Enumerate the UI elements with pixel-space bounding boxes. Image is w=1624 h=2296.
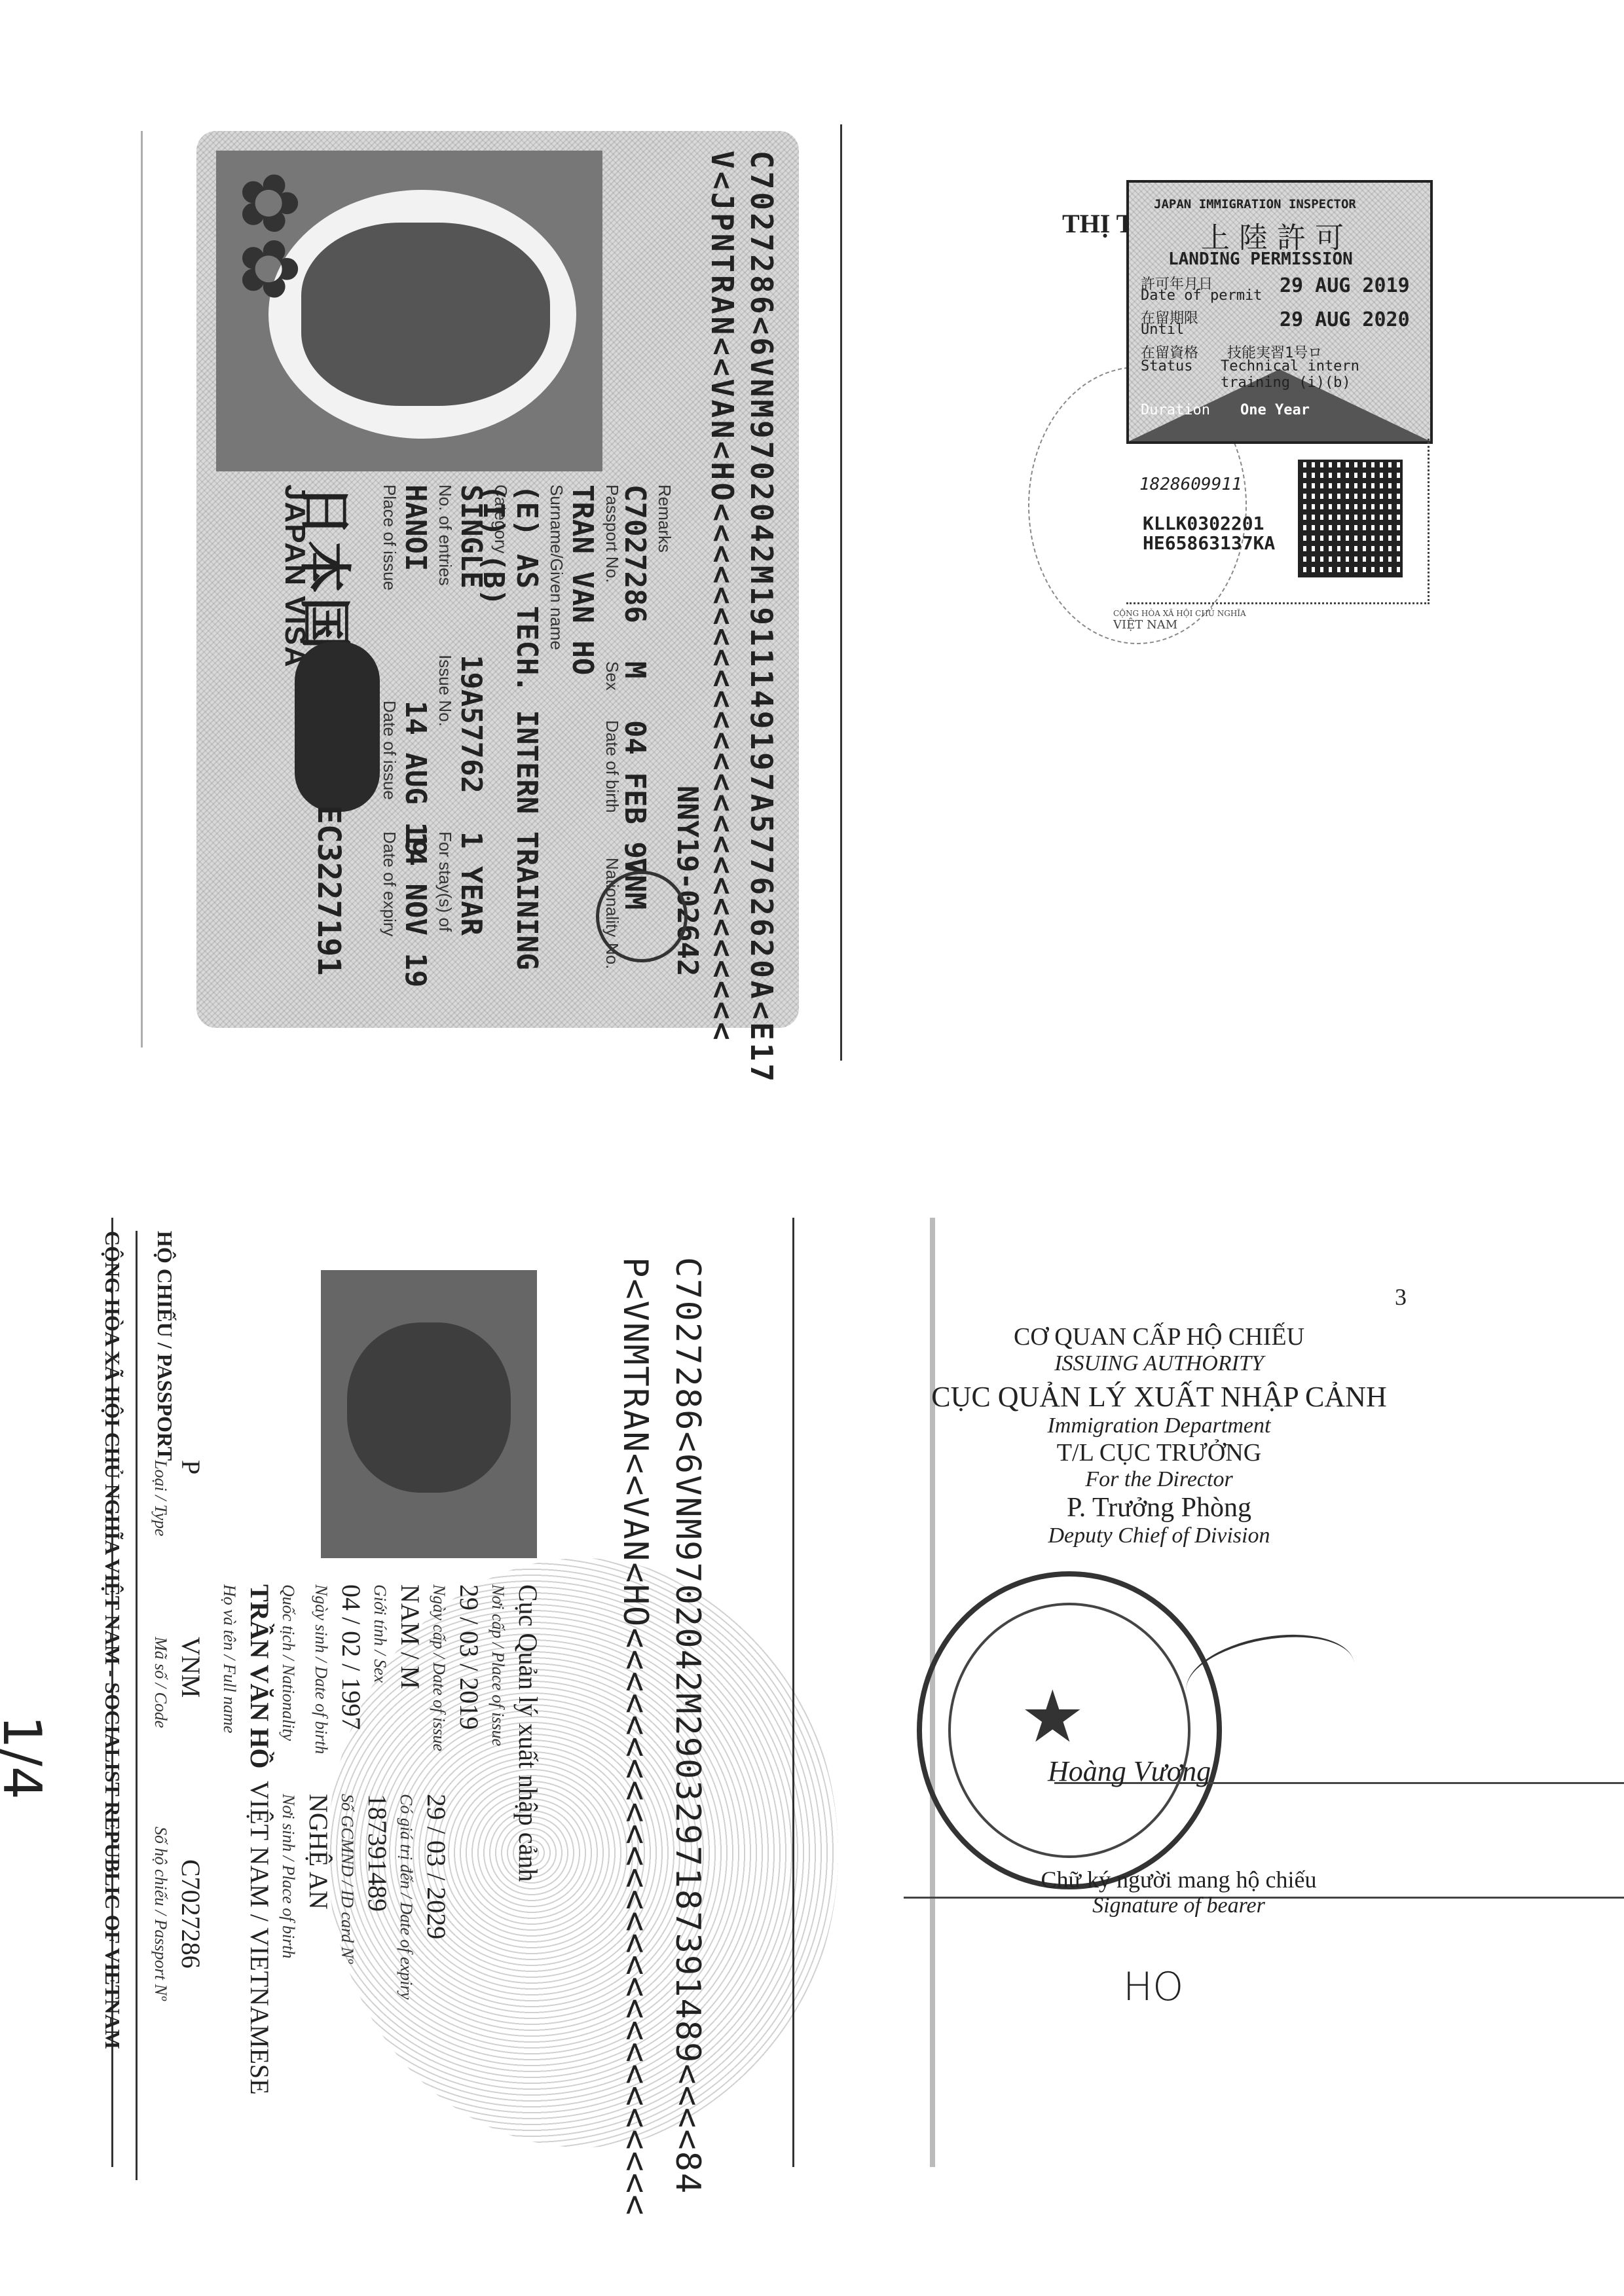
landing-permission-stamp: JAPAN IMMIGRATION INSPECTOR 上陸許可 LANDING… [1126, 180, 1433, 444]
label-nationality: Quốc tịch / Nationality [278, 1584, 298, 1741]
value-place-of-birth: NGHỆ AN [303, 1794, 334, 1910]
visa-mrz-line-2: C7027286<6VNM9702042M1911149197A57762620… [744, 151, 779, 1084]
value-dob: 04 / 02 / 1997 [336, 1584, 367, 1730]
country-header: CỘNG HÒA XÃ HỘI CHỦ NGHĨA VIỆT NAM - SOC… [100, 1231, 124, 2049]
label-code: Mã số / Code [151, 1637, 170, 1728]
label-passport-no: Số hộ chiếu / Passport Nº [151, 1827, 170, 2001]
stamp-header: JAPAN IMMIGRATION INSPECTOR [1154, 197, 1356, 211]
label-date-of-issue: Ngày cấp / Date of issue [429, 1584, 449, 1751]
landing-permission-stub: 1828609911 KLLK0302201 HE65863137KA [1126, 439, 1430, 604]
value-dob: 04 FEB 97 [618, 720, 652, 876]
bearer-label-vi: Chữ ký người mang hộ chiếu [950, 1866, 1408, 1893]
vietnam-seal-line-2: VIỆT NAM [1113, 618, 1246, 632]
stamp-code-2: HE65863137KA [1143, 534, 1275, 553]
value-status: Technical intern training (i)(b) [1221, 358, 1365, 391]
value-no: NNY19-02642 [671, 786, 704, 976]
passport-doc-title: HỘ CHIẾU / PASSPORT [153, 1231, 177, 1461]
value-duration: One Year [1240, 402, 1310, 418]
visa-serial: EC3227191 [310, 805, 347, 975]
label-until: Until [1141, 321, 1184, 338]
handwritten-note: 1/4 [0, 1715, 52, 1800]
label-type: Loại / Type [151, 1460, 170, 1537]
label-full-name: Họ và tên / Full name [219, 1584, 239, 1733]
authority-line-7: P. Trưởng Phòng [930, 1492, 1388, 1523]
label-duration: Duration [1141, 402, 1210, 418]
value-place-of-issue: Cục Quản lý xuất nhập cảnh [513, 1584, 544, 1882]
value-expiry: 29 / 03 / 2029 [421, 1794, 452, 1939]
visa-mrz-line-1: V<JPNTRAN<<VAN<HO<<<<<<<<<<<<<<<<<<<<<<<… [705, 151, 740, 1043]
label-stay: For stay(s) of [435, 831, 455, 932]
passport-holder-photo [347, 1322, 511, 1493]
stamp-code: KLLK0302201 HE65863137KA [1143, 514, 1275, 553]
value-name: TRAN VAN HO [566, 484, 599, 675]
scan-edge-line [840, 124, 842, 1061]
value-date-of-issue: 29 / 03 / 2019 [454, 1584, 485, 1730]
label-date-of-expiry: Date of expiry [379, 831, 399, 936]
label-name: Surname/Given name [546, 484, 566, 650]
header-rule [136, 1231, 138, 2180]
value-until: 29 AUG 2020 [1280, 308, 1410, 331]
value-sex: M [618, 661, 652, 679]
stamp-number: 1828609911 [1139, 475, 1242, 494]
value-sex: NAM / M [395, 1584, 426, 1689]
authority-line-8: Deputy Chief of Division [930, 1523, 1388, 1548]
visa-title: JAPAN VISA [278, 484, 311, 668]
label-expiry: Có giá trị đến / Date of expiry [396, 1794, 416, 1999]
value-code: VNM [175, 1637, 206, 1698]
passport-mrz-line-2: C7027286<6VNM9702042M2903297187391489<<<… [668, 1257, 707, 2195]
authority-line-6: For the Director [930, 1467, 1388, 1492]
bearer-label-en: Signature of bearer [950, 1893, 1408, 1918]
value-date-of-permit: 29 AUG 2019 [1280, 274, 1410, 297]
value-nationality: VIỆT NAM / VIETNAMESE [244, 1781, 275, 2095]
authority-line-2: ISSUING AUTHORITY [930, 1351, 1388, 1376]
value-passport-no: C7027286 [618, 484, 652, 623]
value-id: 187391489 [362, 1794, 393, 1912]
vietnam-seal-line-1: CỘNG HÒA XÃ HỘI CHỦ NGHĨA [1113, 609, 1246, 618]
label-issue-no: Issue No. [435, 655, 455, 727]
authority-line-1: CƠ QUAN CẤP HỘ CHIẾU [930, 1322, 1388, 1351]
bearer-signature-block: Chữ ký người mang hộ chiếu Signature of … [950, 1866, 1408, 1918]
overlapped-text: THỊ T [1062, 208, 1134, 239]
value-category: (E) AS TECH. INTERN TRAINING (I) (B) [477, 484, 544, 1028]
label-dob: Ngày sinh / Date of birth [311, 1584, 331, 1754]
passport-data-page: CỘNG HÒA XÃ HỘI CHỦ NGHĨA VIỆT NAM - SOC… [98, 1218, 851, 2174]
authority-line-3: CỤC QUẢN LÝ XUẤT NHẬP CẢNH [930, 1380, 1388, 1413]
label-status: Status [1141, 358, 1192, 374]
value-place-of-issue: HANOI [399, 484, 432, 571]
label-date-of-issue: Date of issue [379, 701, 399, 800]
label-id: Số GCMND / ID card Nº [337, 1794, 357, 1963]
stamp-code-1: KLLK0302201 [1143, 514, 1275, 534]
qr-code [1298, 460, 1403, 577]
japan-visa-page: ✿✿ 日本国査証 JAPAN VISA EC3227191 Place of i… [196, 131, 799, 1028]
stamp-title: LANDING PERMISSION [1168, 249, 1353, 269]
label-sex: Giới tính / Sex [370, 1584, 390, 1683]
label-place-of-issue: Place of issue [379, 484, 399, 591]
value-date-of-expiry: 14 NOV 19 [399, 831, 432, 987]
value-passport-no: C7027286 [175, 1859, 206, 1969]
value-type: P [175, 1460, 206, 1474]
label-entries: No. of entries [435, 484, 455, 586]
value-full-name: TRẦN VĂN HỒ [244, 1584, 275, 1769]
label-place-of-birth: Nơi sinh / Place of birth [278, 1794, 298, 1958]
label-remarks: Remarks [654, 484, 674, 553]
passport-mrz-line-1: P<VNMTRAN<<VAN<HO<<<<<<<<<<<<<<<<<<<<<<<… [616, 1257, 655, 2217]
cherry-blossom-icon: ✿✿ [223, 170, 314, 302]
redaction-blot [295, 642, 380, 812]
authority-line-5: T/L CỤC TRƯỞNG [930, 1438, 1388, 1467]
page-number: 3 [1395, 1283, 1407, 1311]
label-date-of-permit: Date of permit [1141, 287, 1262, 304]
visa-holder-photo [301, 223, 550, 406]
vietnam-seal-text: CỘNG HÒA XÃ HỘI CHỦ NGHĨA VIỆT NAM [1113, 609, 1246, 632]
star-icon: ★ [1020, 1675, 1085, 1758]
official-seal: ★ [917, 1571, 1222, 1889]
mofa-seal [596, 871, 688, 962]
signer-name: Hoàng Vương [1048, 1755, 1211, 1788]
authority-line-4: Immigration Department [930, 1413, 1388, 1438]
scan-edge-line [141, 131, 143, 1048]
label-place-of-issue: Nơi cấp / Place of issue [488, 1584, 507, 1746]
official-signature [1179, 1622, 1361, 1732]
issuing-authority-block: CƠ QUAN CẤP HỘ CHIẾU ISSUING AUTHORITY C… [930, 1322, 1388, 1548]
bearer-signature: HO [1123, 1964, 1183, 2010]
